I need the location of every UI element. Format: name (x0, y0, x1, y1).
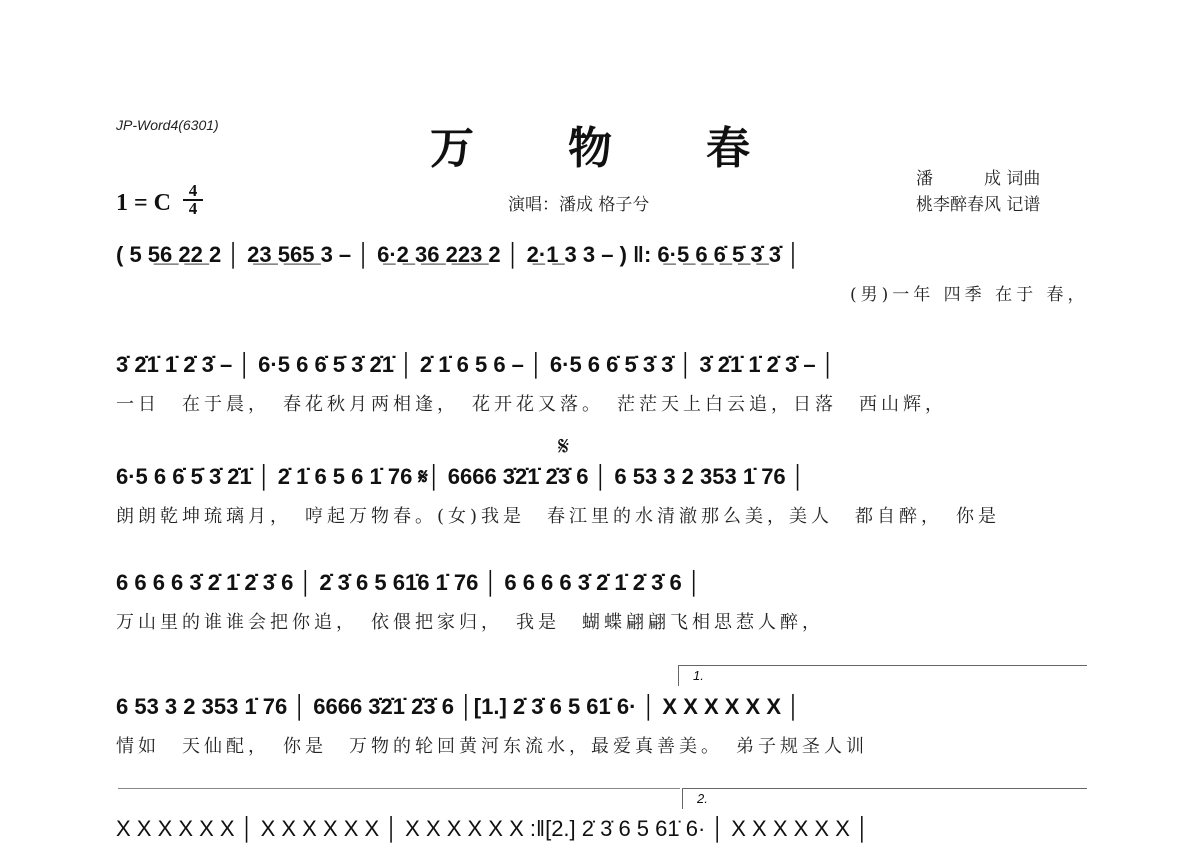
volta-bracket-2: 2. (682, 788, 1087, 809)
score-row-2: 3̇ 2̇1̇ 1̇ 2̇ 3̇ – │ 6·5 6 6̇ 5̇ 3̇ 2̇1̇… (116, 352, 1088, 392)
notation-row-4: 6 6 6 6 3̇ 2̇ 1̇ 2̇ 3̇ 6 │ 2̇ 3̇ 6 5 61̇… (116, 570, 702, 596)
song-title: 万物春 (430, 112, 844, 176)
notation-row-2: 3̇ 2̇1̇ 1̇ 2̇ 3̇ – │ 6·5 6 6̇ 5̇ 3̇ 2̇1̇… (116, 352, 835, 378)
volta-1-label: 1. (693, 668, 704, 683)
score-row-1: ( 5 5̲6̲ 2̲2̲ 2 │ 2̲3̲ 5̲6̲5̲ 3 – │ 6̲·2… (116, 242, 1088, 282)
volta-2-label: 2. (697, 791, 708, 806)
lyrics-row-2: 一日 在于晨， 春花秋月两相逢， 花开花又落。 茫茫天上白云追，日落 西山辉， (116, 390, 947, 416)
notation-row-3: 6·5 6 6̇ 5̇ 3̇ 2̇1̇ │ 2̇ 1̇ 6 5 6 1̇ 76 … (116, 464, 806, 490)
title-char-1: 万 (430, 112, 568, 176)
time-signature: 4 4 (183, 184, 203, 216)
software-label: JP-Word4(6301) (116, 117, 219, 133)
key-signature: 1 = C (116, 190, 171, 217)
volta-bracket-1: 1. (678, 665, 1087, 686)
lyrics-row-4: 万山里的谁谁会把你追， 依偎把家归， 我是 蝴蝶翩翩飞相思惹人醉， (116, 608, 824, 634)
notation-row-1: ( 5 5̲6̲ 2̲2̲ 2 │ 2̲3̲ 5̲6̲5̲ 3 – │ 6̲·2… (116, 242, 801, 268)
score-row-6: X X X X X X │ X X X X X X │ X X X X X X … (116, 816, 1088, 850)
score-row-5: 6 53 3 2 353 1̇ 76 │ 6666 3̇2̇1̇ 2̇3̇ 6 … (116, 694, 1088, 734)
transcriber-credit: 桃李醉春风 记谱 (916, 190, 1040, 215)
title-char-2: 物 (568, 112, 706, 176)
title-char-3: 春 (706, 112, 844, 176)
time-sig-bottom: 4 (183, 202, 203, 216)
score-row-4: 6 6 6 6 3̇ 2̇ 1̇ 2̇ 3̇ 6 │ 2̇ 3̇ 6 5 61̇… (116, 570, 1088, 610)
score-row-3: 6·5 6 6̇ 5̇ 3̇ 2̇1̇ │ 2̇ 1̇ 6 5 6 1̇ 76 … (116, 464, 1088, 504)
lyricist-composer-credit: 潘 成 词曲 (916, 164, 1040, 189)
volta-1-continuation (118, 788, 680, 789)
time-sig-top: 4 (183, 184, 203, 198)
notation-row-5: 6 53 3 2 353 1̇ 76 │ 6666 3̇2̇1̇ 2̇3̇ 6 … (116, 694, 801, 720)
lyrics-row-5: 情如 天仙配， 你是 万物的轮回黄河东流水，最爱真善美。 弟子规圣人训 (116, 732, 868, 758)
notation-row-6: X X X X X X │ X X X X X X │ X X X X X X … (116, 816, 870, 842)
performer-credit: 演唱：潘成 格子兮 (508, 190, 649, 215)
lyrics-row-1: (男)一年 四季 在于 春， (850, 280, 1088, 305)
lyrics-row-3: 朗朗乾坤琉璃月， 哼起万物春。(女)我是 春江里的水清澈那么美，美人 都自醉， … (116, 502, 1000, 528)
segno-icon: 𝄋 (558, 432, 569, 463)
